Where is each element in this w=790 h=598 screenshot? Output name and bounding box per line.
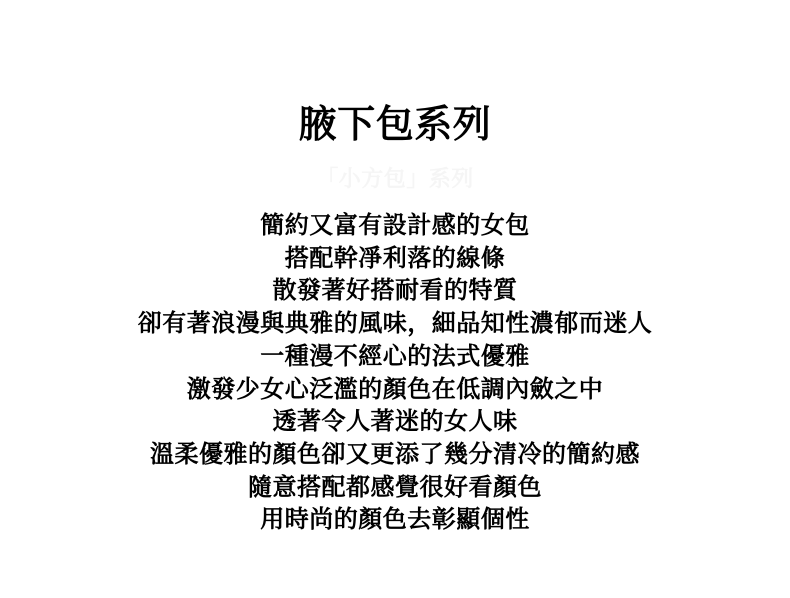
description-line: 隨意搭配都感覺很好看顏色 <box>0 472 790 505</box>
description-line: 散發著好搭耐看的特質 <box>0 275 790 308</box>
description-line: 溫柔優雅的顏色卻又更添了幾分清冷的簡約感 <box>0 439 790 472</box>
description-line: 用時尚的顏色去彰顯個性 <box>0 504 790 537</box>
description-line: 搭配幹凈利落的線條 <box>0 243 790 276</box>
description-line: 透著令人著迷的女人味 <box>0 406 790 439</box>
description-text: 簡約又富有設計感的女包 搭配幹凈利落的線條 散發著好搭耐看的特質 卻有著浪漫與典… <box>0 210 790 537</box>
description-line: 簡約又富有設計感的女包 <box>0 210 790 243</box>
page-title: 腋下包系列 <box>0 106 790 144</box>
description-line: 一種漫不經心的法式優雅 <box>0 341 790 374</box>
ghost-subtitle: 「小方包」系列 <box>0 164 790 195</box>
description-line: 激發少女心泛濫的顏色在低調內斂之中 <box>0 374 790 407</box>
description-line: 卻有著浪漫與典雅的風味，細品知性濃郁而迷人 <box>0 308 790 341</box>
slide-page: 腋下包系列 「小方包」系列 簡約又富有設計感的女包 搭配幹凈利落的線條 散發著好… <box>0 0 790 598</box>
